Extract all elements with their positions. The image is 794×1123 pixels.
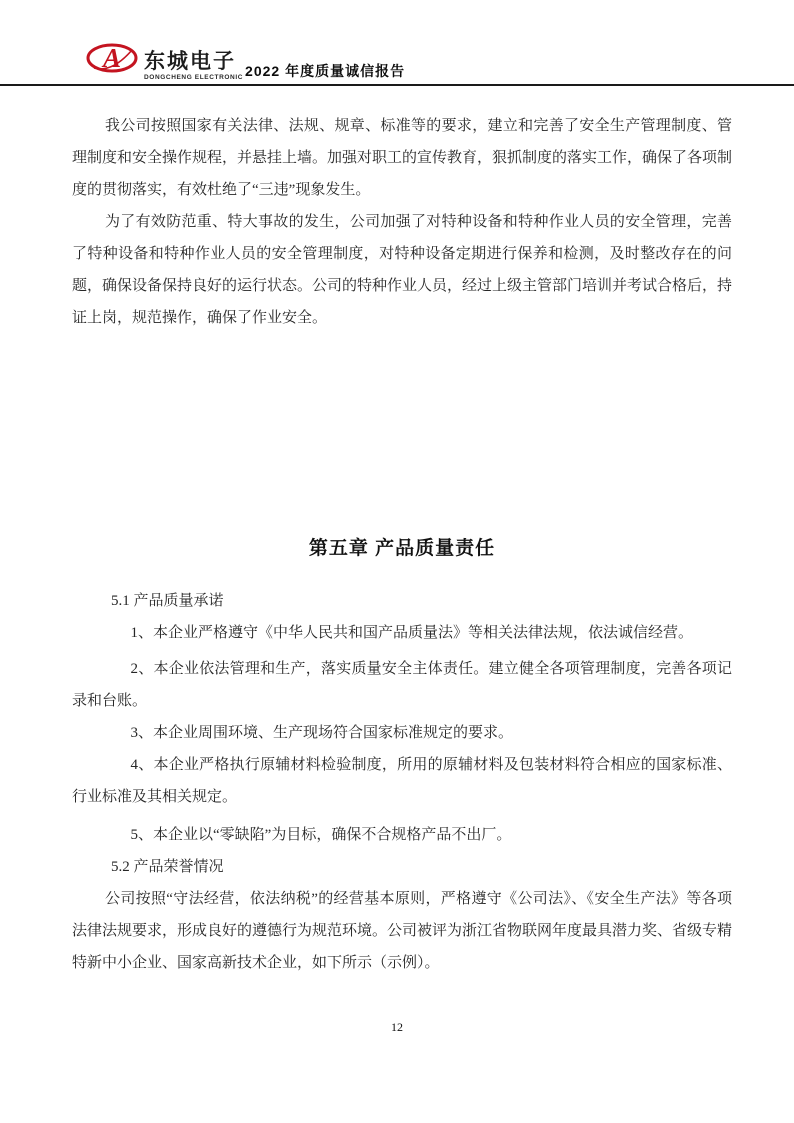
section-heading-5-1: 5.1 产品质量承诺 — [72, 585, 732, 617]
paragraph-safety-system: 我公司按照国家有关法律、法规、规章、标准等的要求，建立和完善了安全生产管理制度、… — [72, 110, 732, 206]
list-item-4: 4、本企业严格执行原辅材料检验制度，所用的原辅材料及包装材料符合相应的国家标准、… — [72, 749, 732, 813]
list-item-5: 5、本企业以“零缺陷”为目标，确保不合规格产品不出厂。 — [72, 819, 732, 851]
chapter-title: 第五章 产品质量责任 — [72, 535, 732, 563]
list-item-3: 3、本企业周围环境、生产现场符合国家标准规定的要求。 — [72, 717, 732, 749]
paragraph-honors: 公司按照“守法经营，依法纳税”的经营基本原则，严格遵守《公司法》、《安全生产法》… — [72, 883, 732, 979]
brand-name-en: DONGCHENG ELECTRONIC — [144, 75, 243, 82]
logo-ellipse-icon: A — [86, 38, 138, 76]
document-body: 我公司按照国家有关法律、法规、规章、标准等的要求，建立和完善了安全生产管理制度、… — [0, 86, 794, 979]
report-title: 2022 年度质量诚信报告 — [245, 61, 405, 81]
page-header: A 东城电子 DONGCHENG ELECTRONIC 2022 年度质量诚信报… — [0, 0, 794, 86]
page-number: 12 — [0, 1020, 794, 1035]
company-logo: A — [86, 38, 138, 81]
brand-name-cn: 东城电子 — [144, 51, 243, 72]
section-heading-5-2: 5.2 产品荣誉情况 — [72, 851, 732, 883]
document-page: A 东城电子 DONGCHENG ELECTRONIC 2022 年度质量诚信报… — [0, 0, 794, 1123]
list-item-2: 2、本企业依法管理和生产，落实质量安全主体责任。建立健全各项管理制度，完善各项记… — [72, 653, 732, 717]
list-item-1: 1、本企业严格遵守《中华人民共和国产品质量法》等相关法律法规，依法诚信经营。 — [72, 617, 732, 649]
brand-block: 东城电子 DONGCHENG ELECTRONIC — [144, 51, 243, 82]
paragraph-special-equipment: 为了有效防范重、特大事故的发生，公司加强了对特种设备和特种作业人员的安全管理，完… — [72, 206, 732, 334]
